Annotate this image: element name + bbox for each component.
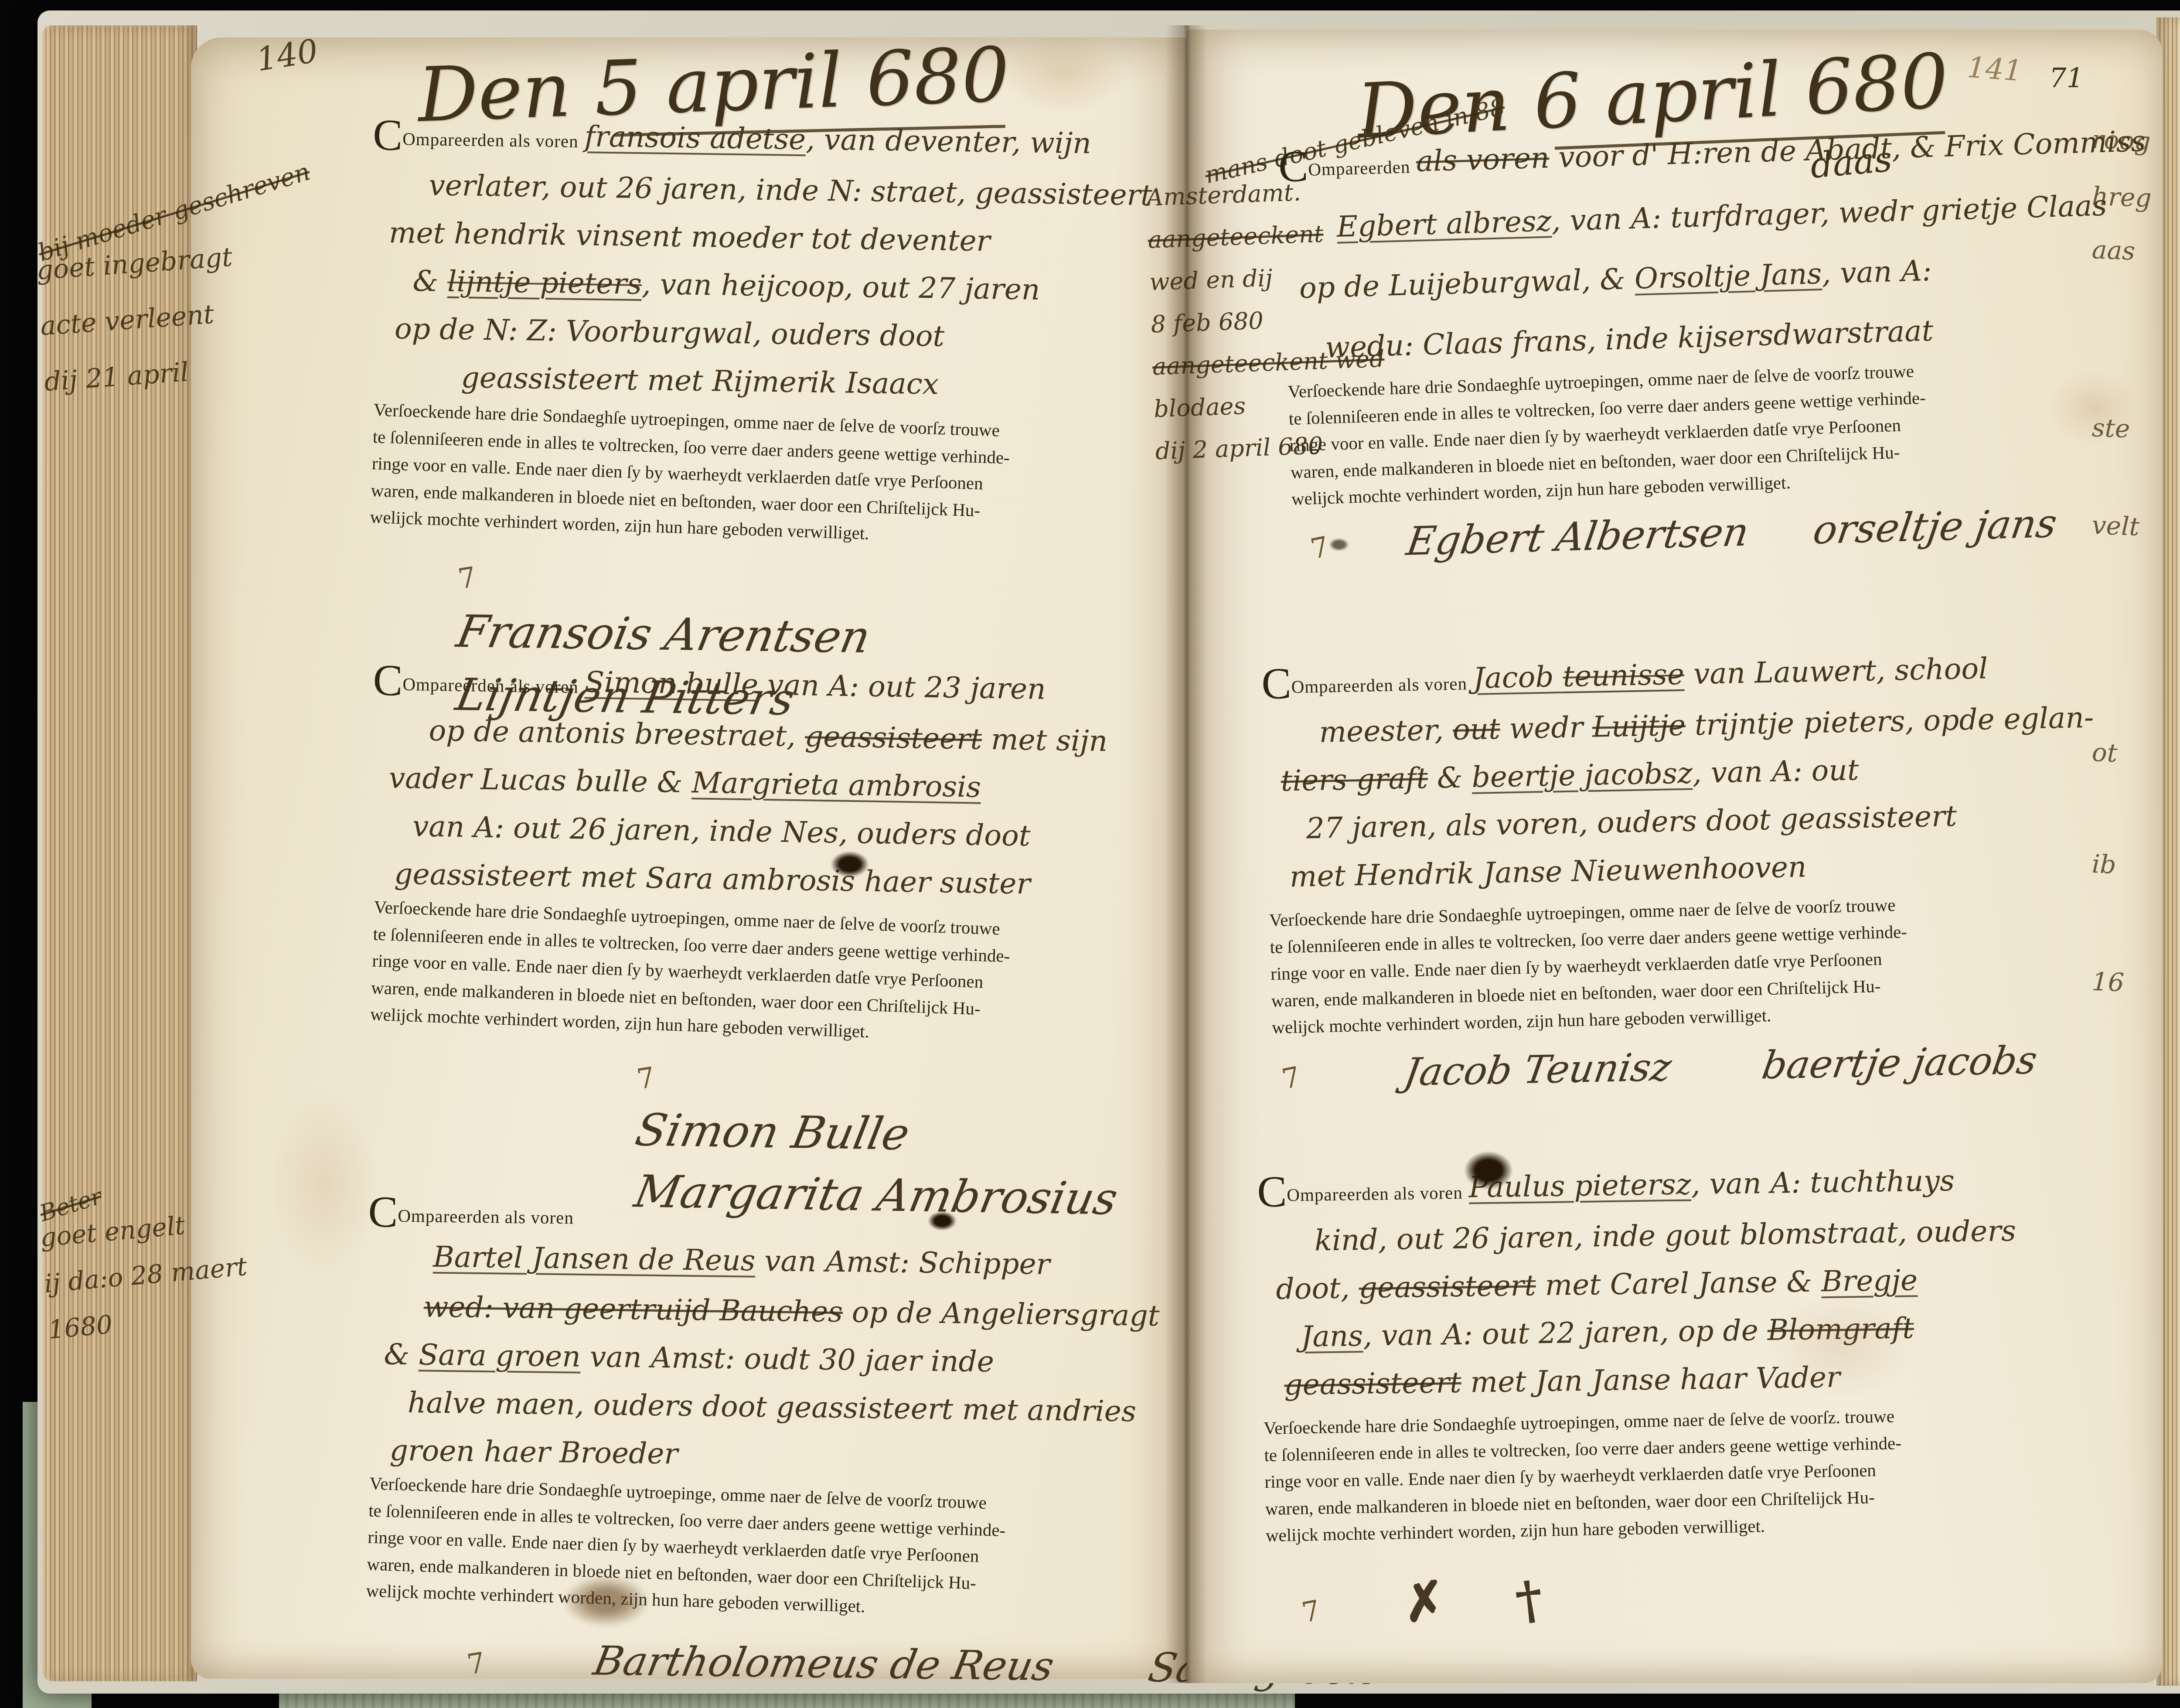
clerk-tick-mark: 7 bbox=[1308, 531, 1332, 566]
handwritten-text: out bbox=[1452, 712, 1500, 747]
printed-intro-text: Ompareerden als voren bbox=[402, 674, 579, 697]
handwritten-text: & bbox=[384, 1338, 419, 1372]
handwritten-line: kind, out 26 jaren, inde gout blomstraat… bbox=[1314, 1216, 2086, 1255]
handwritten-text: van Amst: oudt 30 jaer inde bbox=[580, 1340, 994, 1379]
handwritten-text: doot, bbox=[1276, 1272, 1359, 1306]
signature-mark: † bbox=[1512, 1568, 1546, 1632]
ink-blot bbox=[1329, 538, 1349, 551]
handwritten-text: kind, out 26 jaren, inde gout blomstraat… bbox=[1314, 1214, 2016, 1257]
handwritten-line: Bartel Jansen de Reus van Amst: Schipper bbox=[433, 1240, 1166, 1283]
handwritten-line: met Hendrik Janse Nieuwenhooven bbox=[1289, 847, 2094, 891]
handwritten-text: , van deventer, wijn bbox=[806, 123, 1092, 160]
handwritten-line: Jacob teunisse van Lauwert, school bbox=[1473, 651, 1988, 695]
signature: orseltje jans bbox=[1810, 501, 2060, 553]
handwritten-text: op de N: Z: Voorburgwal, ouders doot bbox=[394, 312, 944, 354]
person-name: fransois adetse bbox=[584, 119, 806, 156]
person-name: Egbert albresz bbox=[1336, 205, 1552, 244]
handwritten-text: acte verleent bbox=[39, 299, 215, 342]
handwritten-text: op de Luijeburgwal, & bbox=[1299, 262, 1635, 305]
handwritten-text: geassisteert bbox=[1284, 1366, 1461, 1402]
signature-row: 7Bartholomeus de ReusSara groen bbox=[467, 1636, 1161, 1691]
margin-annotation: ij da:o 28 maert bbox=[43, 1251, 249, 1299]
overflow-scribble: aas bbox=[2091, 235, 2136, 266]
printed-intro-text: Ompareerden als voren bbox=[1287, 1182, 1463, 1206]
ink-smear bbox=[562, 1575, 650, 1627]
margin-annotation: acte verleent bbox=[39, 291, 324, 341]
printed-banns-formula: Verſoeckende hare drie Sondaeghſe uytroe… bbox=[366, 1470, 1164, 1630]
handwritten-text: , van A: tuchthuys bbox=[1691, 1164, 1955, 1201]
clerk-tick-mark: 7 bbox=[1299, 1594, 1323, 1629]
handwritten-line: fransois adetse, van deventer, wijn bbox=[584, 119, 1091, 160]
printed-banns-formula: Verſoeckende hare drie Sondaeghſe uytroe… bbox=[1288, 351, 2112, 513]
handwritten-text: meester, bbox=[1319, 713, 1453, 749]
overflow-scribble: hreg bbox=[2091, 181, 2152, 213]
handwritten-text: op de Angeliersgragt bbox=[842, 1295, 1159, 1333]
handwritten-text: & bbox=[1427, 761, 1472, 795]
handwritten-text: tiers graft bbox=[1281, 761, 1428, 798]
handwritten-text: wed: van geertruijd Bauches bbox=[423, 1290, 843, 1329]
handwritten-text: , van A: bbox=[1821, 254, 1932, 290]
signature: Jacob Teunisz bbox=[1401, 1044, 1674, 1094]
left-page: 140 Den 5 april 680 bij moeder geschreve… bbox=[191, 38, 1187, 1679]
handwritten-line: vader Lucas bulle & Margrieta ambrosis bbox=[388, 764, 1165, 805]
clerk-tick-mark: 7 bbox=[456, 561, 478, 596]
handwritten-text: , van A: out 22 jaren, op de bbox=[1363, 1313, 1768, 1353]
handwritten-text: geassisteert met Sara ambrosis haer sust… bbox=[394, 857, 1031, 901]
handwritten-line: van A: out 26 jaren, inde Nes, ouders do… bbox=[412, 812, 1165, 853]
margin-annotation: dij 21 april bbox=[43, 347, 327, 397]
handwritten-text: op de antonis breestraet, bbox=[429, 714, 805, 753]
clerk-tick-mark: 7 bbox=[635, 1061, 657, 1096]
handwritten-line: Simon bulle van A: out 23 jaren bbox=[584, 665, 1046, 706]
printed-drop-cap: C bbox=[373, 119, 403, 151]
clerk-tick-mark: 7 bbox=[1279, 1061, 1303, 1096]
handwritten-line: 27 jaren, als voren, ouders doot geassis… bbox=[1306, 799, 2093, 843]
overflow-scribble: roog bbox=[2091, 125, 2151, 157]
handwritten-line: Jans, van A: out 22 jaren, op de Blomgra… bbox=[1301, 1312, 2088, 1351]
signature-row: 7Egbert Albertsenorseltje jans bbox=[1310, 499, 2113, 567]
signature: Simon Bulle bbox=[631, 1105, 914, 1160]
person-name: Margrieta ambrosis bbox=[691, 766, 981, 804]
person-name: Bartel Jansen de Reus bbox=[433, 1240, 756, 1278]
register-entry: COmpareerdenals voren voor d' H:ren de A… bbox=[1278, 128, 2113, 568]
printed-drop-cap: C bbox=[1278, 150, 1308, 183]
handwritten-line: op de Luijeburgwal, & Orsoltje Jans, van… bbox=[1299, 252, 2106, 303]
person-name: teunisse bbox=[1563, 658, 1685, 693]
book-gutter-shadow bbox=[1165, 25, 1207, 1683]
printed-banns-formula: Verſoeckende hare drie Sondaeghſe uytroe… bbox=[1264, 1399, 2091, 1549]
overflow-scribble: ot bbox=[2091, 737, 2118, 768]
handwritten-text: als voren bbox=[1416, 141, 1550, 178]
ink-blot bbox=[831, 851, 869, 877]
paper-stain bbox=[1003, 35, 1125, 113]
printed-intro-text: Ompareerden als voren bbox=[1291, 673, 1467, 697]
signature-mark: ✗ bbox=[1399, 1568, 1450, 1634]
printed-intro-text: Ompareerden bbox=[1308, 156, 1410, 180]
signature: Fransois Arentsen bbox=[453, 606, 875, 663]
signature: Bartholomeus de Reus bbox=[590, 1637, 1058, 1690]
paper-stain bbox=[1766, 1291, 1914, 1400]
ink-blot bbox=[928, 1211, 957, 1231]
handwritten-text: dij 21 april bbox=[43, 357, 190, 397]
margin-annotation-group: bij moeder geschrevengoet ingebragtacte … bbox=[32, 188, 329, 423]
handwritten-text: met hendrik vinsent moeder tot deventer bbox=[389, 216, 991, 258]
handwritten-text: wedr bbox=[1500, 710, 1593, 746]
overflow-scribble: velt bbox=[2091, 510, 2140, 542]
ink-blot bbox=[1464, 1151, 1513, 1190]
handwritten-line: geassisteert met Sara ambrosis haer sust… bbox=[394, 860, 1164, 901]
handwritten-line: groen haer Broeder bbox=[389, 1436, 1163, 1475]
printed-banns-formula: Verſoeckende hare drie Sondaeghſe uytroe… bbox=[1269, 887, 2097, 1041]
person-name: Sara groen bbox=[419, 1338, 581, 1374]
handwritten-line: geassisteert met Rijmerik Isaacx bbox=[461, 364, 1163, 402]
handwritten-text: van Amst: Schipper bbox=[755, 1244, 1050, 1281]
person-name: lijntje pieters bbox=[447, 265, 642, 301]
handwritten-text: Luijtje bbox=[1592, 709, 1686, 744]
handwritten-line: met hendrik vinsent moeder tot deventer bbox=[389, 218, 1165, 258]
printed-banns-formula: Verſoeckende hare drie Sondaeghſe uytroe… bbox=[370, 894, 1164, 1056]
handwritten-text: van Lauwert, school bbox=[1684, 651, 1988, 691]
handwritten-text: van A: out 26 jaren, inde Nes, ouders do… bbox=[412, 810, 1031, 853]
scanned-register-spread: 140 Den 5 april 680 bij moeder geschreve… bbox=[0, 0, 2180, 1708]
handwritten-line: verlater, out 26 jaren, inde N: straet, … bbox=[429, 171, 1166, 211]
register-entry: COmpareerden als vorenBartel Jansen de R… bbox=[362, 1196, 1166, 1691]
handwritten-line: op de N: Z: Voorburgwal, ouders doot bbox=[395, 315, 1164, 355]
handwritten-text: , van A: turfdrager, wedr grietje Claas bbox=[1551, 189, 2107, 238]
handwritten-line: wed: van geertruijd Bauches op de Angeli… bbox=[423, 1293, 1165, 1331]
handwritten-line: halve maen, ouders doot geassisteert met… bbox=[408, 1388, 1164, 1426]
clerk-tick-mark: 7 bbox=[465, 1647, 487, 1681]
handwritten-text: vader Lucas bulle & bbox=[388, 761, 692, 800]
page-number-ink: 71 bbox=[2049, 62, 2084, 94]
signature: baertje jacobs bbox=[1759, 1037, 2040, 1088]
register-entry: COmpareerden als vorenSimon bulle van A:… bbox=[364, 665, 1167, 1226]
page-number-left: 140 bbox=[254, 32, 320, 78]
handwritten-line: & lijntje pieters, van heijcoop, out 27 … bbox=[412, 267, 1165, 306]
handwritten-text: , van heijcoop, out 27 jaren bbox=[641, 267, 1040, 307]
overflow-scribble: ib bbox=[2091, 849, 2117, 880]
handwritten-text: halve maen, ouders doot geassisteert met… bbox=[408, 1386, 1137, 1428]
handwritten-text: met Carel Janse & bbox=[1536, 1265, 1822, 1302]
register-entry: COmpareerden als vorenPaulus pietersz, v… bbox=[1257, 1165, 2091, 1634]
handwritten-text: geassisteert bbox=[804, 720, 982, 756]
handwritten-text: geassisteert bbox=[1359, 1269, 1536, 1305]
signature: Egbert Albertsen bbox=[1403, 509, 1752, 564]
printed-banns-formula: Verſoeckende hare drie Sondaeghſe uytroe… bbox=[370, 397, 1164, 557]
handwritten-text: , van A: out bbox=[1692, 753, 1859, 790]
handwritten-text: geassisteert met Rijmerik Isaacx bbox=[461, 361, 939, 401]
handwritten-text: van A: out 23 jaren bbox=[758, 668, 1046, 706]
handwritten-text: ij da:o 28 maert bbox=[43, 1251, 249, 1299]
person-name: Orsoltje Jans bbox=[1634, 257, 1822, 296]
register-entry: COmpareerden als vorenJacob teunisse van… bbox=[1261, 652, 2098, 1097]
margin-annotation-group: Betergoet engeltij da:o 28 maert1680 bbox=[35, 1163, 254, 1361]
printed-drop-cap: C bbox=[1257, 1176, 1287, 1208]
handwritten-text: met Hendrik Janse Nieuwenhooven bbox=[1289, 850, 1807, 894]
printed-drop-cap: C bbox=[1261, 668, 1291, 700]
handwritten-line: geassisteert met Jan Janse haar Vader bbox=[1284, 1360, 2088, 1400]
page-number-pencil: 141 bbox=[1966, 51, 2023, 88]
handwritten-line: tiers graft & beertje jacobsz, van A: ou… bbox=[1281, 751, 2092, 796]
handwritten-line: Paulus pietersz, van A: tuchthuys bbox=[1468, 1164, 1955, 1204]
handwritten-text: 1680 bbox=[47, 1309, 114, 1345]
handwritten-line: op de antonis breestraet, geassisteert m… bbox=[429, 716, 1166, 757]
fore-edge-text-overflow: rooghregaassteveltotib16 bbox=[2089, 0, 2180, 1708]
paper-stain bbox=[2049, 371, 2141, 445]
handwritten-text: verlater, out 26 jaren, inde N: straet, … bbox=[429, 169, 1152, 212]
printed-drop-cap: C bbox=[373, 665, 403, 697]
handwritten-text: met sijn bbox=[982, 723, 1108, 758]
person-name: Jans bbox=[1301, 1319, 1363, 1353]
handwritten-text: trijntje pieters, opde eglan- bbox=[1685, 701, 2094, 742]
handwritten-text: 27 jaren, als voren, ouders doot geassis… bbox=[1306, 799, 1957, 845]
printed-intro-text: Ompareerden als voren bbox=[398, 1205, 574, 1228]
paper-stain bbox=[270, 1090, 379, 1278]
margin-annotation: 1680 bbox=[47, 1297, 252, 1344]
person-name: beertje jacobsz bbox=[1471, 757, 1693, 794]
signature-row: 7Jacob Teuniszbaertje jacobs bbox=[1282, 1036, 2098, 1097]
handwritten-line: meester, out wedr Luijtje trijntje piete… bbox=[1319, 703, 2091, 747]
overflow-scribble: 16 bbox=[2091, 967, 2125, 998]
printed-intro-text: Ompareerden als voren bbox=[402, 128, 579, 152]
person-name: Simon bulle bbox=[584, 665, 758, 701]
handwritten-text: & bbox=[412, 264, 448, 298]
handwritten-line: & Sara groen van Amst: oudt 30 jaer inde bbox=[384, 1340, 1165, 1379]
signature-row: 7✗† bbox=[1301, 1562, 2091, 1633]
person-name: Jacob bbox=[1473, 660, 1563, 695]
handwritten-line: Egbert albresz, van A: turfdrager, wedr … bbox=[1336, 191, 2104, 242]
register-entry: COmpareerden als vorenfransois adetse, v… bbox=[364, 119, 1166, 730]
handwritten-text: groen haer Broeder bbox=[389, 1434, 678, 1471]
right-page: 141 71 Den 6 april 680 daas mans doot ge… bbox=[1187, 30, 2163, 1683]
handwritten-text: wedu: Claas frans, inde kijsersdwarstraa… bbox=[1325, 314, 1934, 365]
handwritten-line: doot, geassisteert met Carel Janse & Bre… bbox=[1276, 1264, 2087, 1304]
